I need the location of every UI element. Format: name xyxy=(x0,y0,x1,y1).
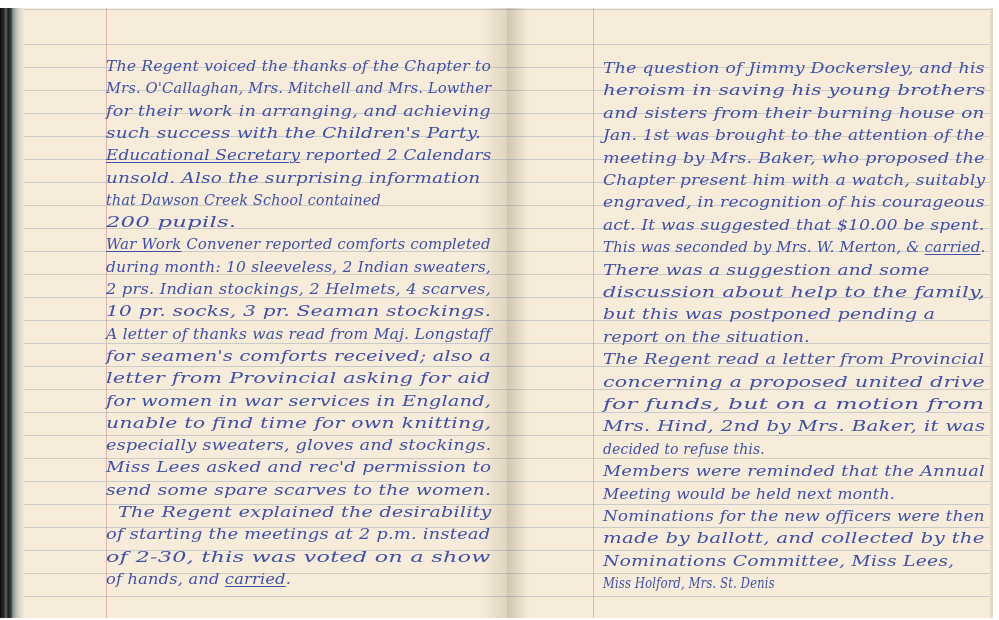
handwritten-line: The Regent explained the desirability xyxy=(118,504,492,521)
handwritten-line: and sisters from their burning house on xyxy=(603,105,985,122)
handwritten-line: 2 prs. Indian stockings, 2 Helmets, 4 sc… xyxy=(106,281,491,298)
handwritten-line: discussion about help to the family, xyxy=(603,284,985,301)
notebook-binding xyxy=(0,8,24,618)
handwritten-line: The Regent voiced the thanks of the Chap… xyxy=(106,58,491,75)
handwritten-line: concerning a proposed united drive xyxy=(603,374,985,391)
handwritten-line: that Dawson Creek School contained xyxy=(106,192,381,209)
handwritten-line: The Regent read a letter from Provincial xyxy=(603,351,984,368)
handwritten-line: Mrs. Hind, 2nd by Mrs. Baker, it was xyxy=(603,418,985,435)
handwritten-line: such success with the Children's Party. xyxy=(106,125,481,142)
handwritten-line: Nominations for the new officers were th… xyxy=(603,508,985,525)
handwritten-line: for women in war services in England, xyxy=(106,393,491,410)
handwritten-line: War Work Convener reported comforts comp… xyxy=(106,236,491,253)
handwritten-line: for seamen's comforts received; also a xyxy=(106,348,491,365)
handwritten-line: of hands, and carried. xyxy=(106,571,291,588)
handwritten-line: decided to refuse this. xyxy=(603,441,765,458)
handwritten-line: unable to find time for own knitting, xyxy=(106,415,492,432)
handwritten-line: letter from Provincial asking for aid xyxy=(106,370,490,387)
handwritten-line: Meeting would be held next month. xyxy=(603,486,895,503)
handwritten-line: Miss Lees asked and rec'd permission to xyxy=(106,459,491,476)
handwritten-line: for their work in arranging, and achievi… xyxy=(106,103,491,120)
right-margin-line xyxy=(593,8,594,618)
handwritten-line: during month: 10 sleeveless, 2 Indian sw… xyxy=(106,259,491,276)
handwritten-line: Chapter present him with a watch, suitab… xyxy=(603,172,985,189)
right-page: The question of Jimmy Dockersley, and hi… xyxy=(507,8,993,618)
handwritten-line: unsold. Also the surprising information xyxy=(106,170,481,187)
page-edge xyxy=(990,8,993,618)
handwritten-line: engraved, in recognition of his courageo… xyxy=(603,194,985,211)
handwritten-line: heroism in saving his young brothers xyxy=(603,82,986,99)
handwritten-line: There was a suggestion and some xyxy=(603,262,930,279)
handwritten-line: of 2-30, this was voted on a show xyxy=(106,549,491,566)
handwritten-line: for funds, but on a motion from xyxy=(603,396,984,413)
handwritten-line: made by ballott, and collected by the xyxy=(603,530,985,547)
handwritten-line: Members were reminded that the Annual xyxy=(603,463,985,480)
notebook-spread: The Regent voiced the thanks of the Chap… xyxy=(0,8,993,618)
left-page: The Regent voiced the thanks of the Chap… xyxy=(24,8,507,618)
handwritten-line: Miss Holford, Mrs. St. Denis xyxy=(603,575,775,592)
handwritten-line: This was seconded by Mrs. W. Merton, & c… xyxy=(603,239,986,256)
handwritten-line: but this was postponed pending a xyxy=(603,306,935,323)
handwritten-line: Jan. 1st was brought to the attention of… xyxy=(603,127,985,144)
handwritten-line: Educational Secretary reported 2 Calenda… xyxy=(106,147,492,164)
handwritten-line: The question of Jimmy Dockersley, and hi… xyxy=(603,60,985,77)
handwritten-line: Nominations Committee, Miss Lees, xyxy=(603,553,954,570)
handwritten-line: 10 pr. socks, 3 pr. Seaman stockings. xyxy=(106,303,491,320)
handwritten-line: Mrs. O'Callaghan, Mrs. Mitchell and Mrs.… xyxy=(106,80,491,97)
handwritten-line: act. It was suggested that $10.00 be spe… xyxy=(603,217,984,234)
handwritten-line: A letter of thanks was read from Maj. Lo… xyxy=(106,326,491,343)
handwritten-line: especially sweaters, gloves and stocking… xyxy=(106,437,491,454)
handwritten-line: of starting the meetings at 2 p.m. inste… xyxy=(106,526,490,543)
handwritten-line: report on the situation. xyxy=(603,329,810,346)
handwritten-line: meeting by Mrs. Baker, who proposed the xyxy=(603,150,985,167)
handwritten-line: 200 pupils. xyxy=(106,214,236,231)
handwritten-line: send some spare scarves to the women. xyxy=(106,482,491,499)
